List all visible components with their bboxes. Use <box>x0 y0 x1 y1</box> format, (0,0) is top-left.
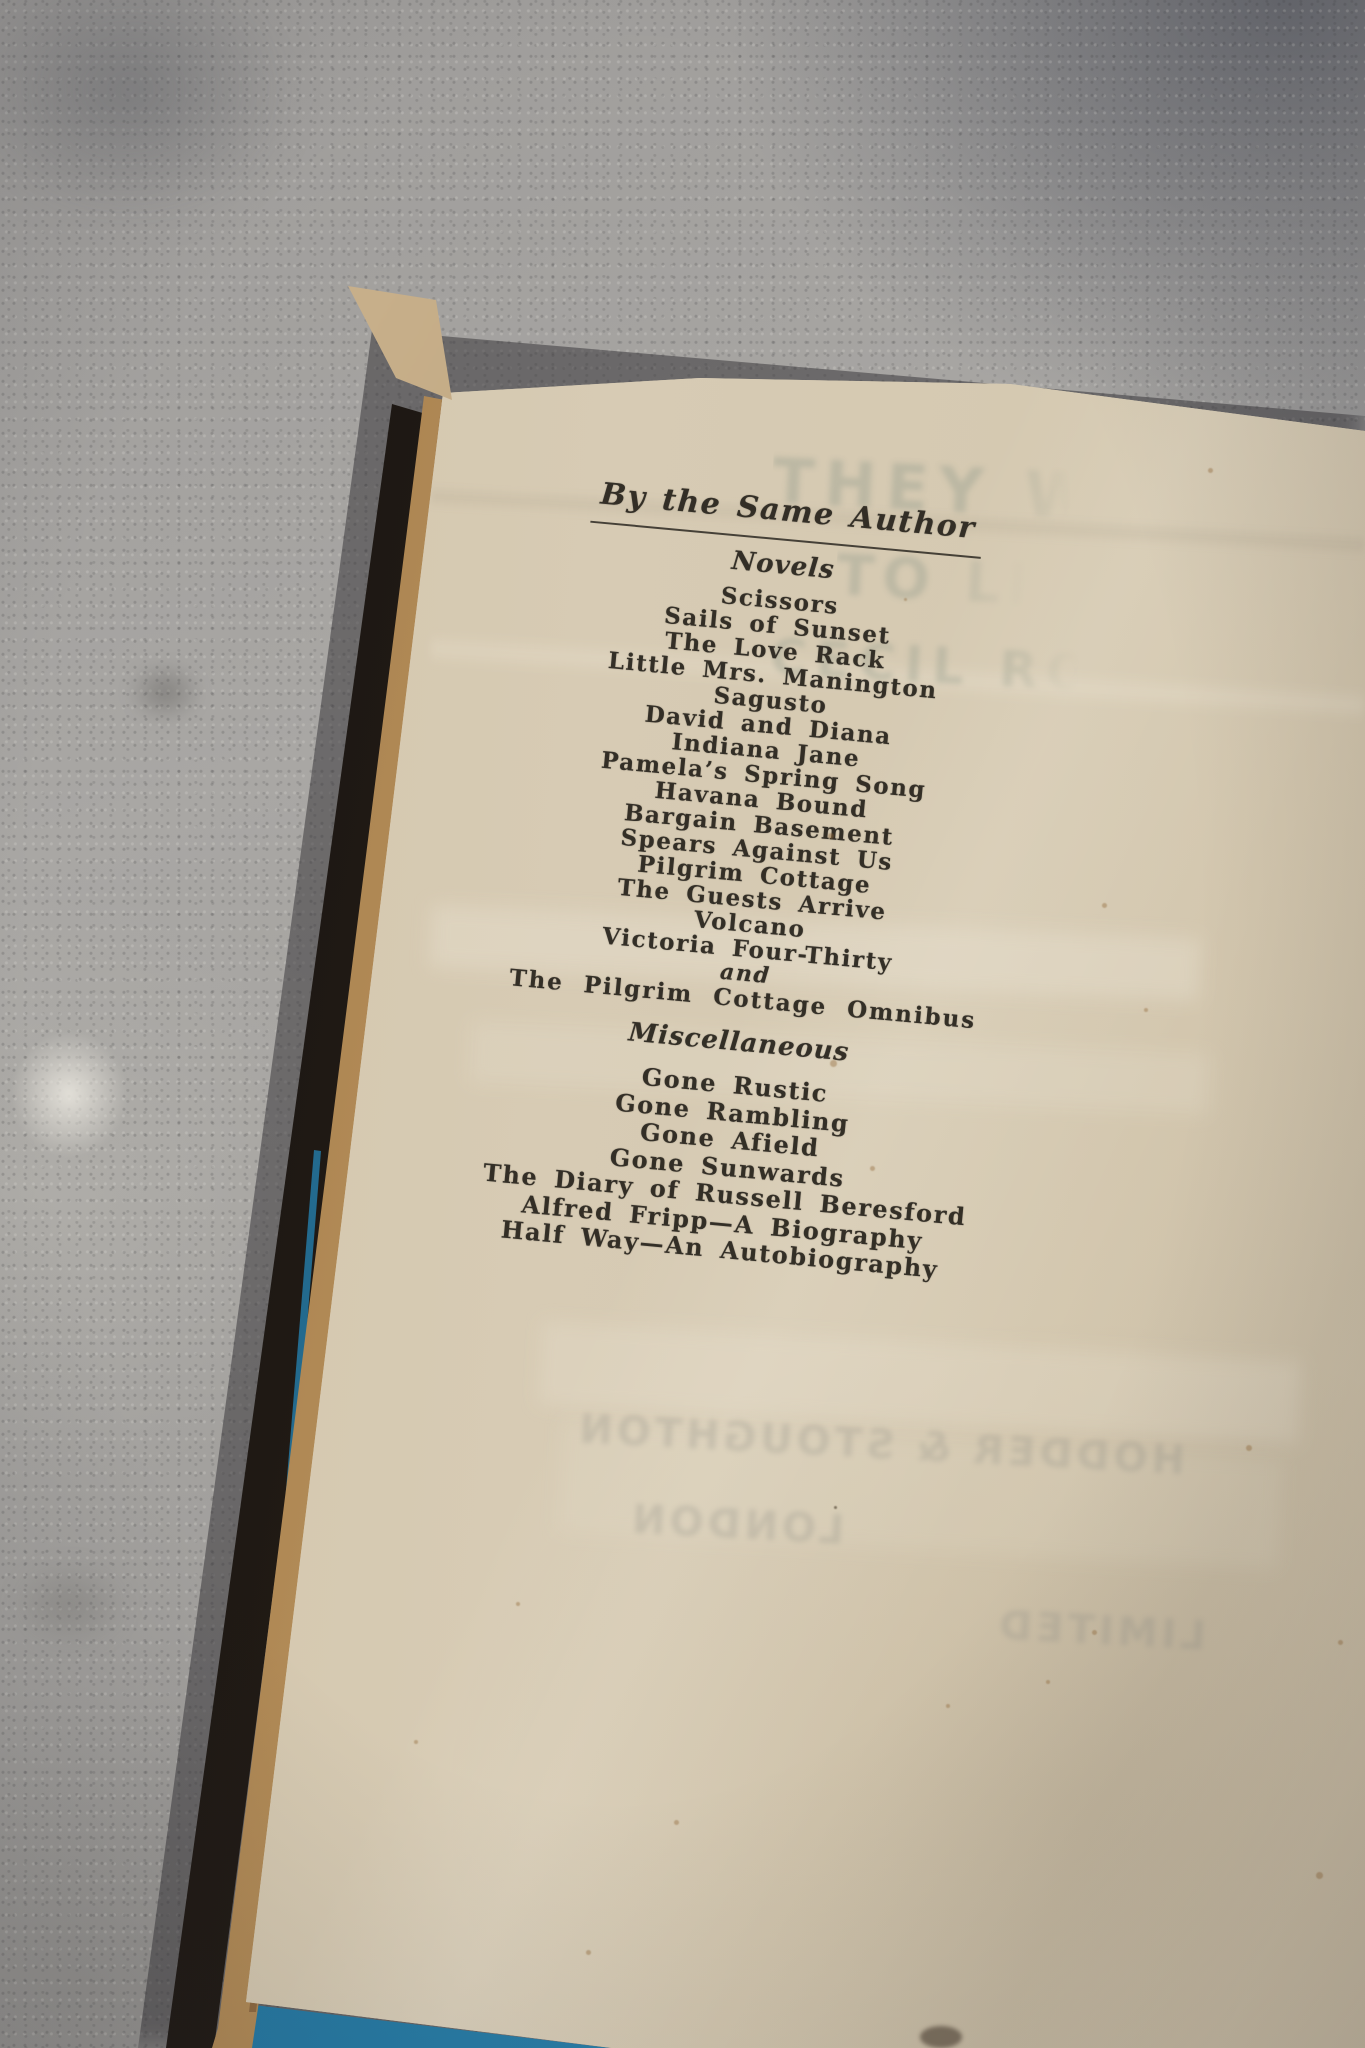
ghost-publisher-city: LONDON <box>627 1496 845 1553</box>
showthrough-band <box>558 1421 1283 1569</box>
foxing-spot <box>1316 1872 1323 1879</box>
concrete-stain <box>10 1560 130 1650</box>
foxing-spot <box>516 1602 520 1606</box>
printed-text-block: By the Same Author Novels Scissors Sails… <box>420 464 1089 1291</box>
foxing-spot <box>586 1950 591 1955</box>
foxing-spot <box>1102 903 1107 908</box>
foxing-spot <box>1338 1640 1343 1645</box>
foxing-spot <box>1208 468 1213 473</box>
foxing-spot <box>1092 1630 1097 1635</box>
concrete-stain <box>0 0 300 230</box>
foxing-spot <box>1144 1008 1148 1012</box>
showthrough-band <box>538 1322 1301 1444</box>
foxing-spot <box>414 1740 418 1744</box>
foxing-spot <box>834 1506 837 1509</box>
ghost-publisher-name: HODDER & STOUGHTON <box>574 1406 1186 1484</box>
foxing-spot <box>946 1704 950 1708</box>
foxing-spot <box>1046 1680 1050 1684</box>
foxing-spot <box>1246 1445 1252 1451</box>
concrete-stain-white <box>10 1030 128 1158</box>
page-stain <box>920 2026 962 2048</box>
ghost-publisher-limited: LIMITED <box>994 1603 1207 1660</box>
photo-scene: THEY WANTED TO LIVE CECIL ROBERTS HODDER… <box>0 0 1365 2048</box>
concrete-stain <box>126 660 204 724</box>
foxing-spot <box>674 1820 679 1825</box>
